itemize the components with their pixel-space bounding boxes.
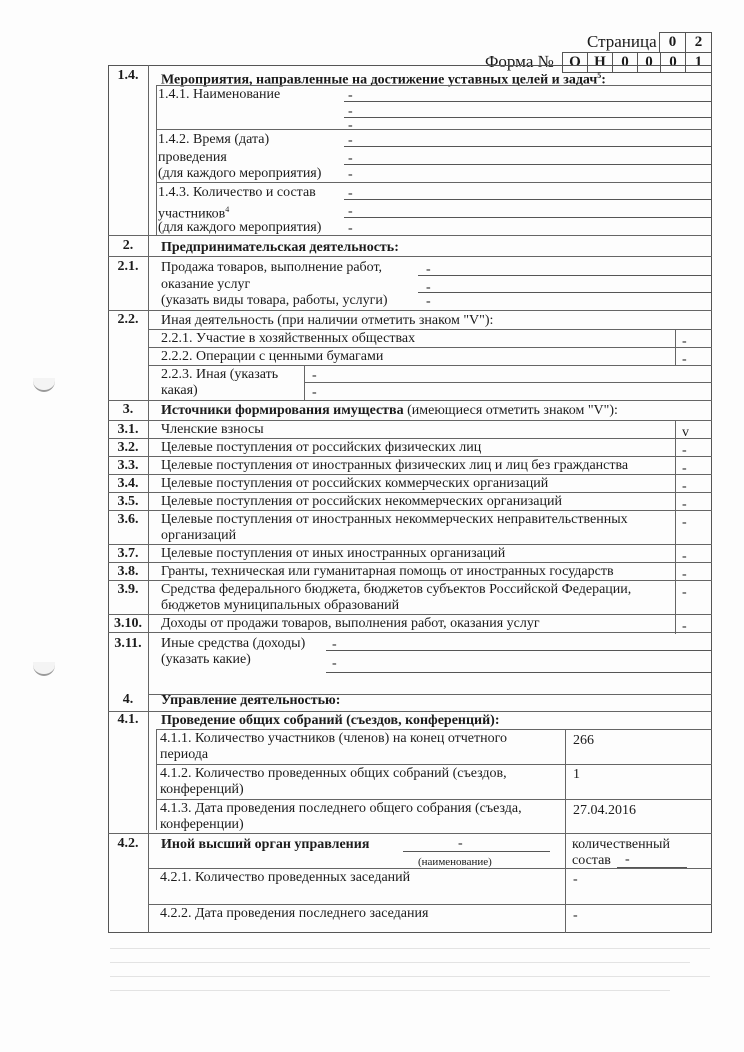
row-number: 1.4. <box>108 68 148 84</box>
source-checkbox[interactable]: - <box>682 515 687 531</box>
field-value[interactable]: - <box>332 656 337 672</box>
section-title: Источники формирования имущества (имеющи… <box>161 403 618 419</box>
field-label: (для каждого мероприятия) <box>158 220 321 236</box>
row-number: 3.1. <box>108 422 148 438</box>
row-number: 3.7. <box>108 546 148 562</box>
source-label: Целевые поступления от российских коммер… <box>161 476 548 492</box>
source-label: Целевые поступления от иностранных неком… <box>161 512 628 528</box>
source-label: Членские взносы <box>161 422 264 438</box>
field-value[interactable]: - <box>348 167 353 183</box>
field-label: (для каждого мероприятия) <box>158 166 321 182</box>
page-digit: 2 <box>685 32 712 53</box>
field-label: 1.4.1. Наименование <box>158 87 280 103</box>
field-label: Продажа товаров, выполнение работ, <box>161 260 382 276</box>
field-label: 1.4.3. Количество и состав <box>158 185 316 201</box>
field-label: оказание услуг <box>161 277 250 293</box>
row-number: 3.5. <box>108 494 148 510</box>
source-label: Доходы от продажи товаров, выполнения ра… <box>161 616 540 632</box>
row-number: 3.4. <box>108 476 148 492</box>
qty-prefix: состав <box>572 853 611 869</box>
row-number: 2.2. <box>108 312 148 328</box>
section-title: Управление деятельностью: <box>161 693 340 709</box>
field-label: конференции) <box>160 817 244 833</box>
row-number: 3.8. <box>108 564 148 580</box>
field-label: проведения <box>158 150 227 166</box>
section-title: Проведение общих собраний (съездов, конф… <box>161 713 500 729</box>
field-value[interactable]: 1 <box>573 767 580 783</box>
section-title-note: (имеющиеся отметить знаком "V"): <box>404 403 618 418</box>
field-label: 4.2.1. Количество проведенных заседаний <box>160 870 410 886</box>
checkbox-label: 2.2.1. Участие в хозяйственных обществах <box>161 331 415 347</box>
field-value[interactable]: - <box>312 385 317 401</box>
field-label: Иная деятельность (при наличии отметить … <box>161 313 493 329</box>
field-label: Иные средства (доходы) <box>161 636 305 652</box>
field-label: 4.1.3. Дата проведения последнего общего… <box>160 801 522 817</box>
source-label: Средства федерального бюджета, бюджетов … <box>161 582 631 598</box>
qty-label: количественный <box>572 837 670 853</box>
source-label: Целевые поступления от иностранных физич… <box>161 458 628 474</box>
row-number: 3.6. <box>108 512 148 528</box>
row-number: 2. <box>108 238 148 254</box>
source-label: бюджетов муниципальных образований <box>161 598 399 614</box>
field-label: 1.4.2. Время (дата) <box>158 132 269 148</box>
row-number: 3. <box>108 402 148 418</box>
source-label: Целевые поступления от российских физиче… <box>161 440 481 456</box>
source-checkbox[interactable]: - <box>682 585 687 601</box>
source-label: Гранты, техническая или гуманитарная пом… <box>161 564 614 580</box>
page-label: Страница <box>587 32 657 52</box>
field-label: периода <box>160 747 208 763</box>
section-title-text: Источники формирования имущества <box>161 403 404 418</box>
section-title: Иной высший орган управления <box>161 837 369 853</box>
field-label: конференций) <box>160 782 244 798</box>
field-label: 4.1.2. Количество проведенных общих собр… <box>160 766 507 782</box>
row-number: 4.2. <box>108 836 148 852</box>
field-value[interactable]: - <box>426 294 431 310</box>
section-title: Предпринимательская деятельность: <box>161 240 399 256</box>
body-name-value[interactable]: - <box>458 836 463 852</box>
field-value[interactable]: - <box>573 908 578 924</box>
punch-hole <box>33 662 55 676</box>
field-label: (указать какие) <box>161 652 251 668</box>
field-label: 2.2.3. Иная (указать <box>161 367 278 383</box>
row-number: 3.2. <box>108 440 148 456</box>
field-value[interactable]: - <box>348 118 353 134</box>
field-value[interactable]: - <box>573 872 578 888</box>
table-divider <box>148 65 149 933</box>
row-number: 4.1. <box>108 712 148 728</box>
source-label: Целевые поступления от российских некомм… <box>161 494 562 510</box>
row-number: 2.1. <box>108 259 148 275</box>
row-number: 3.3. <box>108 458 148 474</box>
source-label: организаций <box>161 528 236 544</box>
source-label: Целевые поступления от иных иностранных … <box>161 546 505 562</box>
row-number: 3.10. <box>108 616 148 632</box>
field-value[interactable]: 27.04.2016 <box>573 803 636 819</box>
qty-value[interactable]: - <box>625 852 630 868</box>
footnote-mark: 4 <box>225 205 229 214</box>
field-label: (указать виды товара, работы, услуги) <box>161 293 388 309</box>
field-label: какая) <box>161 383 198 399</box>
field-label: 4.2.2. Дата проведения последнего заседа… <box>160 906 428 922</box>
row-number: 3.9. <box>108 582 148 598</box>
page-digit: 0 <box>659 32 686 53</box>
row-number: 3.11. <box>108 636 148 652</box>
field-value[interactable]: 266 <box>573 733 594 749</box>
field-label: 4.1.1. Количество участников (членов) на… <box>160 731 507 747</box>
row-number: 4. <box>108 692 148 708</box>
checkbox-label: 2.2.2. Операции с ценными бумагами <box>161 349 383 365</box>
punch-hole <box>33 378 55 392</box>
